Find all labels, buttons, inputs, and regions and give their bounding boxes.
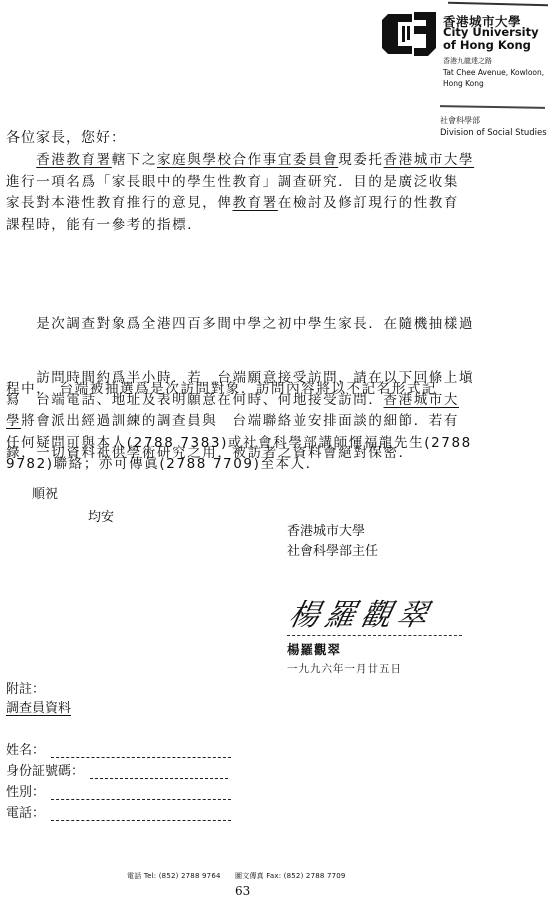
- text-segment: 在檢討及修訂現行的性教育: [278, 195, 459, 211]
- field-phone-blank[interactable]: [51, 808, 231, 821]
- address-en-line1: Tat Chee Avenue, Kowloon,: [443, 67, 544, 78]
- text-segment: 9782)聯絡；亦可傳眞(2788 7709)至本人．: [6, 456, 321, 472]
- signature-line: [287, 635, 462, 636]
- address-en: Tat Chee Avenue, Kowloon, Hong Kong: [443, 67, 544, 89]
- underlined-text: 家庭與學校合作事宜委員會: [157, 152, 338, 168]
- text-segment: 將會派出經過訓練的調查員與 台端聯絡並安排面談的細節．若有: [21, 413, 459, 429]
- footer-contact: 電話 Tel: (852) 2788 9764 圖文傳真 Fax: (852) …: [127, 871, 346, 881]
- text-segment: 訪問時間約爲半小時．若 台端願意接受訪問，請在以下回條上塡: [6, 370, 474, 386]
- underlined-text: 香港城市大: [384, 392, 460, 408]
- text-segment: 任何疑問可與本人(2788 7383)或社會科學部講師惲福龍先生(2788: [6, 435, 472, 451]
- paragraph-1-line: 家長對本港性教育推行的意見，俾教育署在檢討及修訂現行的性教育: [6, 193, 474, 215]
- page-number: 63: [235, 884, 250, 898]
- greeting: 各位家長，您好：: [6, 127, 126, 147]
- field-gender-label: 性別：: [6, 781, 45, 800]
- paragraph-3: 訪問時間約爲半小時．若 台端願意接受訪問，請在以下回條上塡寫 台端電話、地址及表…: [6, 368, 474, 476]
- text-segment: 現委托: [338, 152, 383, 168]
- paragraph-2-line: 是次調查對象爲全港四百多間中學之初中學生家長．在隨機抽樣過: [6, 314, 474, 336]
- signatory-org-line2: 社會科學部主任: [287, 542, 378, 562]
- handwritten-signature: 楊羅觀翠: [285, 590, 438, 634]
- field-gender: 性別：: [6, 781, 231, 800]
- university-name-en-line2: of Hong Kong: [443, 39, 539, 52]
- paragraph-1-line: 課程時，能有一參考的指標．: [6, 215, 474, 237]
- closing-wish: 均安: [88, 506, 114, 525]
- underlined-text: 教育署: [233, 195, 278, 211]
- paragraph-3-line: 學將會派出經過訓練的調查員與 台端聯絡並安排面談的細節．若有: [6, 411, 474, 433]
- paragraph-1-line: 香港教育署轄下之家庭與學校合作事宜委員會現委托香港城市大學: [6, 150, 474, 172]
- field-id-number-label: 身份証號碼：: [6, 760, 84, 779]
- closing-salutation: 順祝: [32, 483, 58, 502]
- letterhead-rule-division: [440, 105, 545, 109]
- field-name-blank[interactable]: [51, 745, 231, 758]
- appendix-label: 附註：: [6, 678, 45, 697]
- text-segment: [6, 152, 36, 168]
- field-phone: 電話：: [6, 802, 231, 821]
- letterhead-rule-top: [448, 2, 548, 7]
- field-id-number: 身份証號碼：: [6, 760, 228, 779]
- division-name-en: Division of Social Studies: [440, 128, 547, 138]
- field-gender-blank[interactable]: [51, 787, 231, 800]
- field-name-label: 姓名：: [6, 739, 45, 758]
- text-segment: 寫 台端電話、地址及表明願意在何時、何地接受訪問．: [6, 392, 384, 408]
- letter-date: 一九九六年一月廿五日: [287, 661, 402, 676]
- text-segment: 課程時，能有一參考的指標．: [6, 217, 202, 233]
- underlined-text: 香港教育署: [36, 152, 112, 168]
- signatory-organization: 香港城市大學 社會科學部主任: [287, 522, 378, 562]
- division-name-cn: 社會科學部: [440, 115, 480, 126]
- address-cn: 香港九龍達之路: [443, 56, 492, 66]
- paragraph-1-line: 進行一項名爲「家長眼中的學生性教育」調查研究．目的是廣泛收集: [6, 172, 474, 194]
- underlined-text: 香港城市大學: [384, 152, 475, 168]
- paragraph-3-line: 訪問時間約爲半小時．若 台端願意接受訪問，請在以下回條上塡: [6, 368, 474, 390]
- text-segment: 進行一項名爲「家長眼中的學生性教育」調查研究．目的是廣泛收集: [6, 174, 459, 190]
- paragraph-3-line: 9782)聯絡；亦可傳眞(2788 7709)至本人．: [6, 454, 474, 476]
- signatory-name: 楊羅觀翠: [287, 640, 341, 658]
- signatory-org-line1: 香港城市大學: [287, 522, 378, 542]
- address-en-line2: Hong Kong: [443, 78, 544, 89]
- university-name-en: City University of Hong Kong: [443, 26, 539, 52]
- field-name: 姓名：: [6, 739, 231, 758]
- paragraph-3-line: 寫 台端電話、地址及表明願意在何時、何地接受訪問．香港城市大: [6, 390, 474, 412]
- text-segment: 家長對本港性教育推行的意見，俾: [6, 195, 233, 211]
- field-id-number-blank[interactable]: [90, 766, 228, 779]
- appendix-title: 調查員資料: [6, 697, 71, 716]
- paragraph-3-line: 任何疑問可與本人(2788 7383)或社會科學部講師惲福龍先生(2788: [6, 433, 474, 455]
- paragraph-1: 香港教育署轄下之家庭與學校合作事宜委員會現委托香港城市大學進行一項名爲「家長眼中…: [6, 150, 474, 236]
- field-phone-label: 電話：: [6, 802, 45, 821]
- text-segment: 轄下之: [112, 152, 157, 168]
- underlined-text: 學: [6, 413, 21, 429]
- cityu-logo-icon: [378, 8, 440, 60]
